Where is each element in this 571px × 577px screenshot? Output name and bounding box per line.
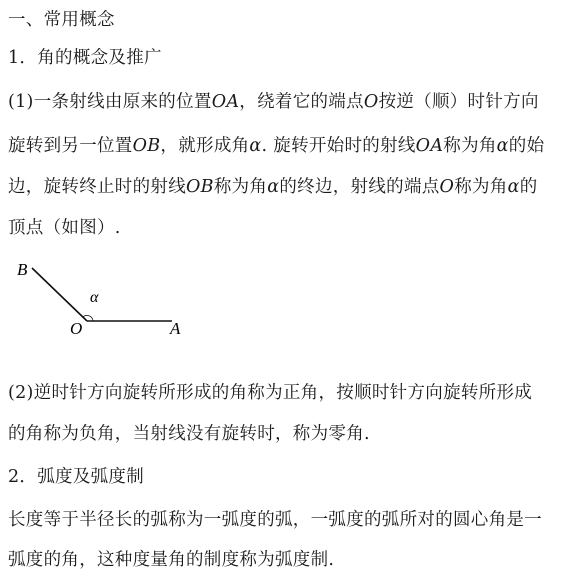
subsection-title-angle-concept: 1．角的概念及推广 xyxy=(8,44,162,69)
math-OA: OA xyxy=(416,136,444,156)
label-O: O xyxy=(70,319,82,338)
math-O: O xyxy=(440,177,455,197)
label-A: A xyxy=(169,319,181,338)
text: (1)一条射线由原来的位置 xyxy=(8,92,212,112)
text: 边，旋转终止时的射线 xyxy=(8,177,186,197)
text: 的始 xyxy=(509,136,545,156)
paragraph-2-line-1: (2)逆时针方向旋转所形成的角称为正角，按顺时针方向旋转所形成 xyxy=(8,379,532,404)
text: ，绕着它的端点 xyxy=(239,92,364,112)
text: . 旋转开始时的射线 xyxy=(262,136,416,156)
math-O: O xyxy=(364,92,379,112)
text: 称为角 xyxy=(454,177,507,197)
text: 称为角 xyxy=(214,177,267,197)
paragraph-1-line-4: 顶点（如图）. xyxy=(8,214,121,239)
paragraph-2-line-2: 的角称为负角，当射线没有旋转时，称为零角. xyxy=(8,420,370,445)
paragraph-3-line-1: 长度等于半径长的弧称为一弧度的弧，一弧度的弧所对的圆心角是一 xyxy=(8,506,542,531)
paragraph-1-line-2: 旋转到另一位置OB，就形成角α. 旋转开始时的射线OA称为角α的始 xyxy=(8,132,544,157)
label-alpha: α xyxy=(90,289,99,306)
math-OA: OA xyxy=(212,92,240,112)
math-OB: OB xyxy=(133,136,161,156)
math-alpha: α xyxy=(267,177,279,197)
ray-OB xyxy=(32,268,87,321)
math-alpha: α xyxy=(497,136,509,156)
paragraph-1-line-3: 边，旋转终止时的射线OB称为角α的终边，射线的端点O称为角α的 xyxy=(8,173,538,198)
subsection-title-radian: 2．弧度及弧度制 xyxy=(8,463,144,488)
math-alpha: α xyxy=(249,136,261,156)
paragraph-3-line-2: 弧度的角，这种度量角的制度称为弧度制. xyxy=(8,546,334,571)
math-alpha: α xyxy=(508,177,520,197)
math-OB: OB xyxy=(186,177,214,197)
text: 称为角 xyxy=(443,136,496,156)
text: ，就形成角 xyxy=(160,136,249,156)
paragraph-1-line-1: (1)一条射线由原来的位置OA，绕着它的端点O按逆（顺）时针方向 xyxy=(8,88,539,113)
text: 的终边，射线的端点 xyxy=(279,177,439,197)
angle-figure: B α O A xyxy=(0,250,200,345)
label-B: B xyxy=(17,260,28,279)
text: 旋转到另一位置 xyxy=(8,136,133,156)
section-title: 一、常用概念 xyxy=(8,6,115,31)
text: 的 xyxy=(520,177,538,197)
text: 按逆（顺）时针方向 xyxy=(379,92,539,112)
